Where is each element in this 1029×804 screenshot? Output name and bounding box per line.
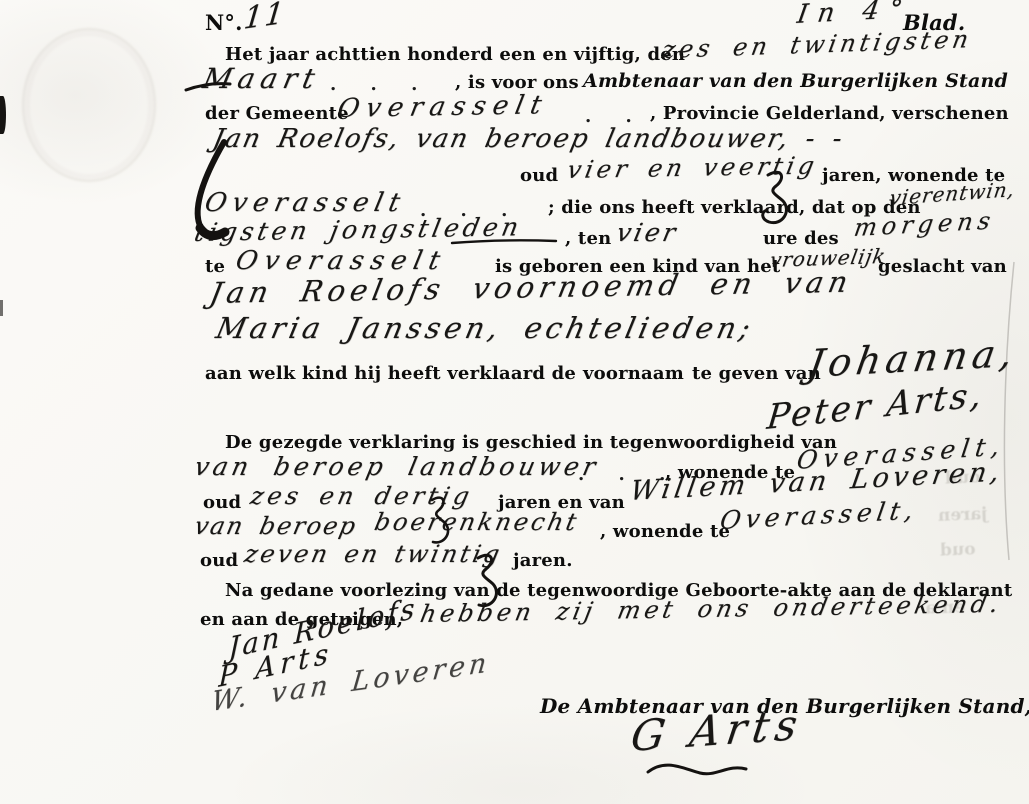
printed-age-label: oud (520, 165, 558, 186)
hw-declarant-age: vier en veertig (565, 152, 820, 184)
hw-municipality: Overasselt (335, 90, 551, 124)
scan-edge-mark (0, 96, 6, 134)
hw-birth-day-part2: tigsten jongstleden (192, 212, 525, 247)
printed-name-clause-b: voornaam (583, 363, 684, 384)
printed-official-title: Ambtenaar van den Burgerlijken Stand (583, 70, 1008, 92)
hw-witness2-occupation-label: van beroep (192, 512, 360, 540)
faint-stamp (22, 28, 156, 182)
printed-residing-at: , wonende te (600, 521, 730, 542)
printed-name-clause-a: aan welk kind hij heeft verklaard de (205, 363, 576, 384)
hw-witness2-occupation: boerenknecht (372, 508, 582, 536)
folio-handwritten: In 4° (795, 0, 914, 30)
act-number-value: 11 (242, 0, 288, 37)
hw-declarant-residence: Overasselt (202, 188, 409, 218)
printed-age-label: oud (203, 492, 241, 513)
hw-witness1-age: zes en dertig (248, 482, 476, 510)
hw-witness1-name: Peter Arts, (765, 375, 986, 438)
hw-declarant-name-occupation: Jan Roelofs, van beroep landbouwer, - - (210, 124, 847, 154)
printed-name-clause-c: te geven van (692, 363, 821, 384)
bleed-through-fragment: oud (940, 539, 976, 560)
scan-edge-mark (0, 300, 3, 316)
printed-province: , Provincie Gelderland, verschenen (650, 103, 1009, 124)
bleed-through-fragment: jaren (938, 504, 988, 526)
hw-witness1-occupation: van beroep landbouwer (192, 452, 602, 481)
printed-years: jaren. (513, 550, 573, 571)
hw-mother-name: Maria Janssen, echtelieden; (213, 311, 757, 345)
printed-witness-clause: De gezegde verklaring is geschied in teg… (225, 432, 837, 453)
act-number-label: N°. (205, 10, 243, 35)
hw-child-name: Johanna, (805, 331, 1021, 386)
hw-registration-day: zes en twintigsten (660, 25, 975, 64)
hw-birth-hour: vier (614, 218, 681, 247)
printed-at: te (205, 256, 225, 277)
printed-age-label: oud (200, 550, 238, 571)
printed-at-hour: , ten (565, 228, 611, 249)
birth-certificate-scan: oud jaren oud en a N°. 11 In 4° Blad. He… (0, 0, 1029, 804)
printed-municipality-label: der Gemeente (205, 103, 349, 124)
hw-witness2-residence: Overasselt, (718, 495, 920, 535)
hw-witness2-age: zeven en twintig (242, 540, 505, 568)
hw-registration-month: Maart (200, 62, 324, 95)
printed-gender-of: geslacht van (878, 256, 1007, 277)
